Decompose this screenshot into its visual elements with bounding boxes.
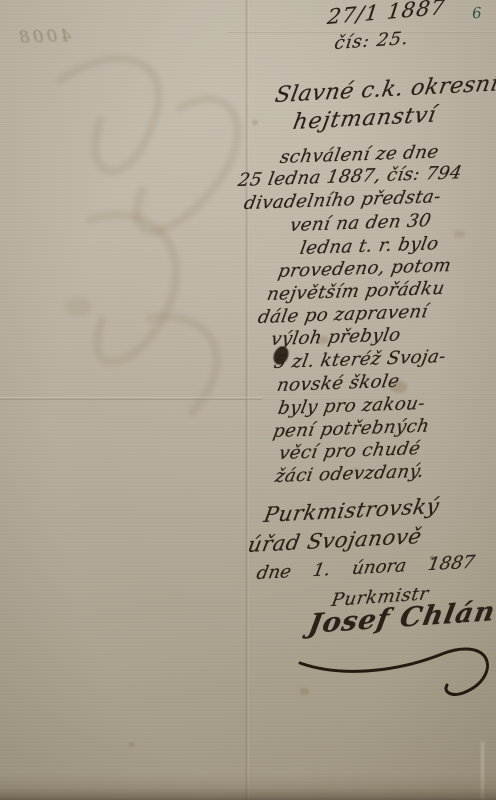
signature-flourish [294,641,496,703]
stain [252,120,258,125]
closing-office-line: Purkmistrovský [262,494,441,527]
fold-line-horizontal-left [0,397,262,400]
scan-edge-streak [481,742,484,800]
salutation-line: hejtmanství [291,103,439,135]
stain [64,298,92,316]
closing-office-line: úřad Svojanově [246,524,424,557]
received-date: 27/1 1887 [326,0,447,29]
bleed-through-number: 4008 [16,26,72,48]
letter-body: schválení ze dne 25 ledna 1887, čís: 794… [232,147,496,489]
closing-date-line: dne 1. února 1887 [255,552,476,584]
salutation-line: Slavné c.k. okresní [273,71,496,108]
scanned-letter-page: 4008 6 27/1 1887 čís: 25. Slavné c.k. ok… [0,0,496,800]
stain [128,742,135,747]
reference-number: čís: 25. [333,28,410,54]
archival-page-number: 6 [471,4,482,23]
